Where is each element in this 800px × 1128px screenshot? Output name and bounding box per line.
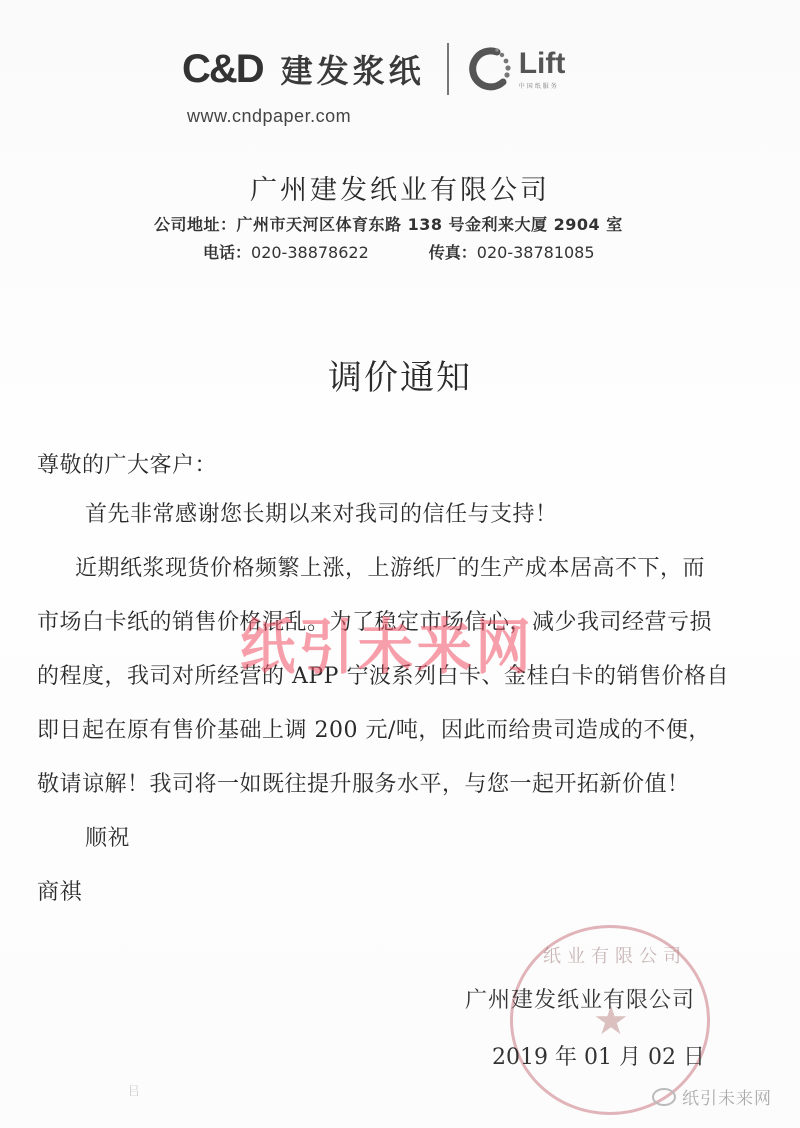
fax-number: 020-38781085 — [477, 243, 595, 262]
wechat-source-badge: 纸引未来网 — [652, 1084, 772, 1109]
phone-contact: 电话：020-38878622 — [203, 240, 369, 263]
wechat-icon — [652, 1088, 676, 1106]
body-line-3: 市场白卡纸的销售价格混乱。为了稳定市场信心，减少我司经营亏损 — [37, 605, 712, 636]
lift-wordmark: Lift — [519, 49, 566, 79]
cnd-company-name: 建发浆纸 — [281, 46, 425, 92]
signature-company: 广州建发纸业有限公司 — [465, 983, 695, 1014]
fax-contact: 传真：020-38781085 — [429, 240, 595, 263]
letter-page: C&D 建发浆纸 Lift 中国纸服务 www.cndpaper.com 广州建… — [0, 0, 800, 1128]
body-line-5: 即日起在原有售价基础上调 200 元/吨，因此而给贵司造成的不便， — [37, 713, 711, 744]
company-name-heading: 广州建发纸业有限公司 — [0, 168, 800, 207]
website-url: www.cndpaper.com — [187, 106, 351, 127]
lift-subtitle: 中国纸服务 — [519, 81, 566, 90]
stray-mark: 㠯 — [128, 1082, 140, 1099]
lift-ring-icon — [467, 46, 513, 92]
fax-label: 传真： — [429, 243, 477, 262]
body-line-6: 敬请谅解！我司将一如既往提升服务水平，与您一起开拓新价值！ — [37, 767, 690, 798]
seal-arc-text: 纸业有限公司 — [543, 942, 687, 968]
header-logo-row: C&D 建发浆纸 Lift 中国纸服务 — [182, 44, 565, 94]
phone-number: 020-38878622 — [251, 243, 369, 262]
closing-wish: 顺祝 — [85, 821, 130, 852]
salutation: 尊敬的广大客户： — [37, 448, 217, 479]
company-address: 公司地址：广州市天河区体育东路 138 号金利来大厦 2904 室 — [154, 212, 623, 235]
body-line-4: 的程度，我司对所经营的 APP 宁波系列白卡、金桂白卡的销售价格自 — [37, 659, 729, 690]
closing-regards: 商祺 — [37, 875, 82, 906]
cnd-logo-mark: C&D — [182, 49, 263, 89]
phone-label: 电话： — [203, 243, 251, 262]
signature-date: 2019 年 01 月 02 日 — [492, 1040, 705, 1071]
contact-row: 电话：020-38878622 传真：020-38781085 — [203, 240, 595, 263]
wechat-source-name: 纸引未来网 — [682, 1084, 772, 1109]
lift-logo: Lift 中国纸服务 — [467, 46, 566, 92]
body-line-2: 近期纸浆现货价格频繁上涨，上游纸厂的生产成本居高不下，而 — [75, 551, 705, 582]
notice-title: 调价通知 — [0, 350, 800, 399]
logo-divider — [447, 43, 449, 95]
body-line-1: 首先非常感谢您长期以来对我司的信任与支持！ — [85, 497, 558, 528]
